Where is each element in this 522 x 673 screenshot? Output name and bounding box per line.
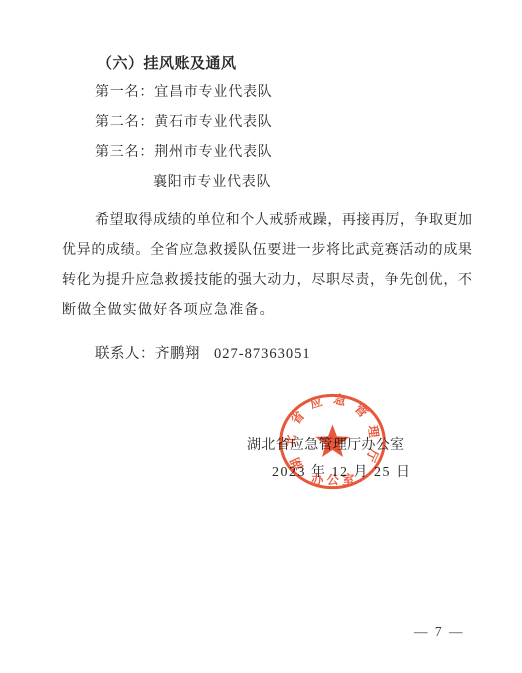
body-paragraph: 希望取得成绩的单位和个人戒骄戒躁，再接再厉，争取更加 优异的成绩。全省应急救援队… xyxy=(62,210,472,330)
paragraph-line: 断做全做实做好各项应急准备。 xyxy=(62,300,472,330)
contact-name: 齐鹏翔 xyxy=(155,346,200,362)
contact-phone: 027-87363051 xyxy=(214,346,311,362)
section-heading: （六）挂风账及通风 xyxy=(97,52,237,73)
ranking-line-third: 第三名：荆州市专业代表队 xyxy=(95,141,273,161)
contact-line: 联系人：齐鹏翔027-87363051 xyxy=(95,342,311,363)
contact-label: 联系人： xyxy=(95,346,155,362)
document-page: （六）挂风账及通风 第一名：宜昌市专业代表队 第二名：黄石市专业代表队 第三名：… xyxy=(0,0,522,673)
page-number: — 7 — xyxy=(414,624,465,640)
ranking-line-second: 第二名：黄石市专业代表队 xyxy=(95,111,273,131)
paragraph-line: 转化为提升应急救援技能的强大动力，尽职尽责，争先创优，不 xyxy=(62,270,472,300)
ranking-line-first: 第一名：宜昌市专业代表队 xyxy=(95,81,273,101)
signature-org: 湖北省应急管理厅办公室 xyxy=(247,434,404,454)
signature-date: 2023 年 12 月 25 日 xyxy=(272,461,412,481)
ranking-line-third-extra: 襄阳市专业代表队 xyxy=(153,171,271,191)
paragraph-line: 希望取得成绩的单位和个人戒骄戒躁，再接再厉，争取更加 xyxy=(62,210,472,240)
paragraph-line: 优异的成绩。全省应急救援队伍要进一步将比武竞赛活动的成果 xyxy=(62,240,472,270)
